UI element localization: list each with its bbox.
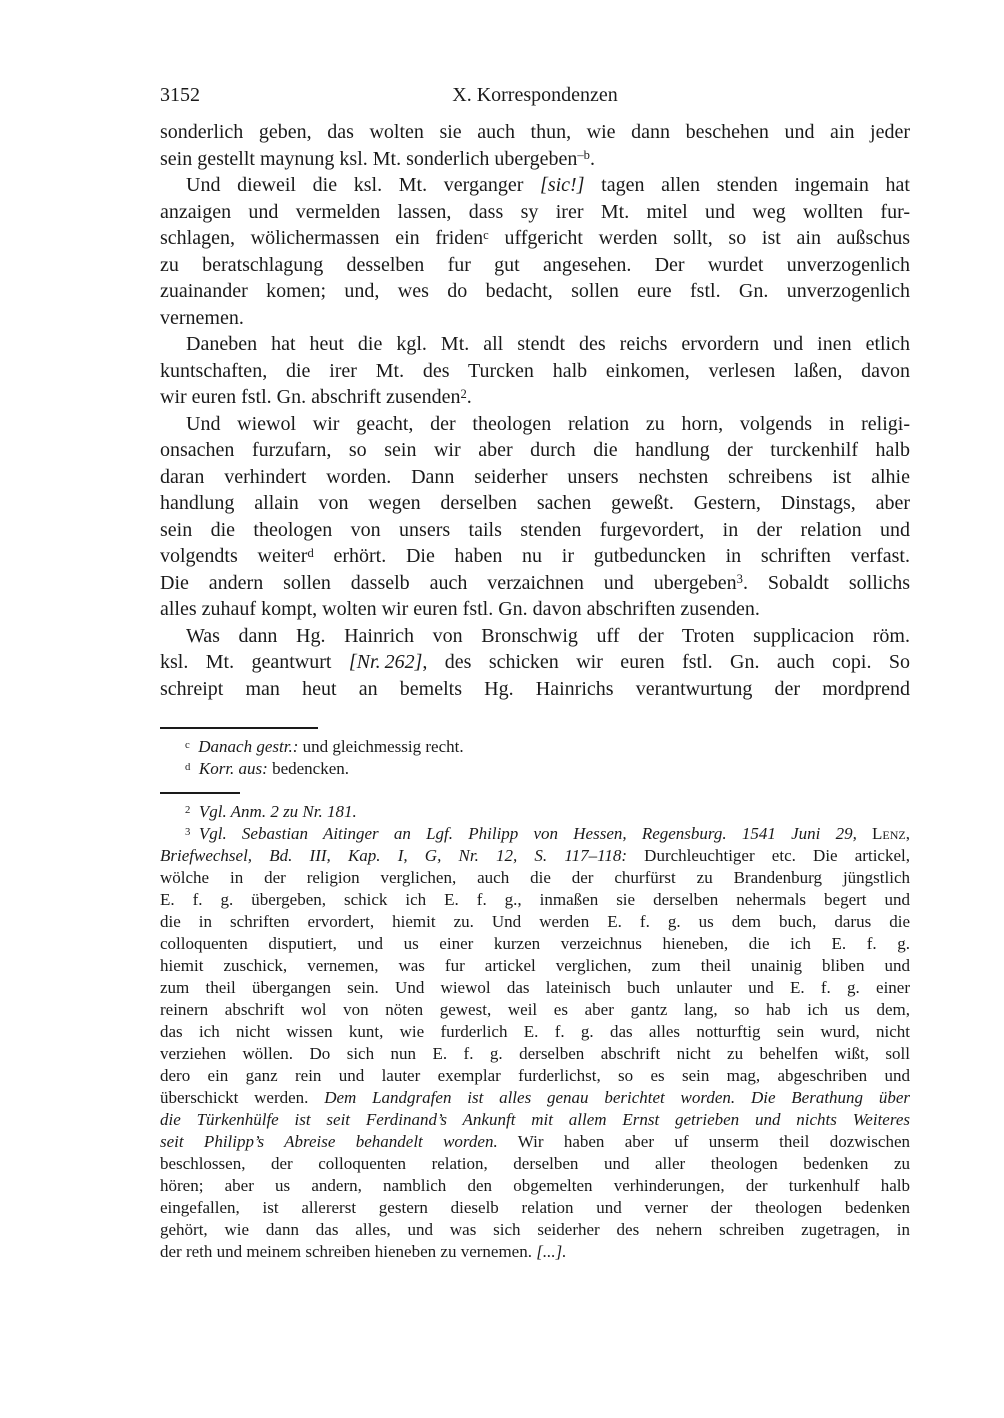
text-run: und gleichmessig recht.: [298, 737, 463, 756]
text-run: Die andern sollen dasselb auch verzaichn…: [160, 572, 737, 594]
text-run: daran verhindert worden. Dann seiderher …: [160, 466, 910, 488]
text-line: schlagen, wölichermassen ein fridenc uff…: [160, 225, 910, 252]
text-run: colloquenten disputiert, und us einer ku…: [160, 934, 910, 953]
text-line: Die andern sollen dasselb auch verzaichn…: [160, 570, 910, 597]
text-run: Was dann Hg. Hainrich von Bronschwig uff…: [186, 625, 910, 647]
text-line: c Danach gestr.: und gleichmessig recht.: [160, 736, 910, 758]
paragraph: c Danach gestr.: und gleichmessig recht.: [160, 736, 910, 758]
text-run: zum theil übergangen sein. Und wiewol da…: [160, 978, 910, 997]
text-line: die in schriften ervordert, hiemit zu. U…: [160, 911, 910, 933]
text-run: [sic!]: [540, 174, 584, 196]
text-run: das ich nicht wissen kunt, wie furderlic…: [160, 1022, 910, 1041]
numbered-footnotes: 2 Vgl. Anm. 2 zu Nr. 181.3 Vgl. Sebastia…: [160, 801, 910, 1263]
text-run: onsachen furzufarn, so sein wir aber dur…: [160, 439, 910, 461]
page-header: 3152 X. Korrespondenzen: [160, 83, 910, 107]
superscript-ref: –b: [577, 148, 590, 162]
text-run: tagen allen stenden ingemain hat: [585, 174, 911, 196]
text-run: E. f. g. übergeben, schick ich E. f. g.,…: [160, 890, 910, 909]
text-line: Und dieweil die ksl. Mt. verganger [sic!…: [160, 172, 910, 199]
text-line: d Korr. aus: bedencken.: [160, 758, 910, 780]
text-run: hiemit zuschick, vernemen, was fur artic…: [160, 956, 910, 975]
text-line: kuntschaften, die irer Mt. des Turcken h…: [160, 358, 910, 385]
text-line: colloquenten disputiert, und us einer ku…: [160, 933, 910, 955]
text-line: Und wiewol wir geacht, der theologen rel…: [160, 411, 910, 438]
text-line: seit Philipp’s Abreise behandelt worden.…: [160, 1131, 910, 1153]
text-run: .: [467, 386, 472, 408]
text-line: hören; aber us andern, namblich den obge…: [160, 1175, 910, 1197]
text-run: [857, 824, 872, 843]
text-run: Briefwechsel, Bd. III, Kap. I, G, Nr. 12…: [160, 846, 627, 865]
text-run: .: [590, 148, 595, 170]
text-run: [...].: [536, 1242, 566, 1261]
text-line: überschickt werden. Dem Landgrafen ist a…: [160, 1087, 910, 1109]
superscript-ref: d: [185, 761, 190, 773]
footnote-separator-letters: [160, 727, 318, 729]
text-run: eingefallen, ist allererst gestern diese…: [160, 1198, 910, 1217]
text-line: zu beratschlagung desselben fur gut ange…: [160, 252, 910, 279]
text-line: handlung allain von wegen derselben sach…: [160, 490, 910, 517]
text-run: Lenz: [872, 824, 906, 843]
text-run: volgendts weiter: [160, 545, 307, 567]
text-line: reinern abschrift wol von nöten gewest, …: [160, 999, 910, 1021]
text-line: anzaigen und vermelden lassen, dass sy i…: [160, 199, 910, 226]
text-run: kuntschaften, die irer Mt. des Turcken h…: [160, 360, 910, 382]
text-run: anzaigen und vermelden lassen, dass sy i…: [160, 201, 910, 223]
superscript-ref: 2: [185, 804, 190, 816]
text-line: Daneben hat heut die kgl. Mt. all stendt…: [160, 331, 910, 358]
text-run: [190, 737, 199, 756]
text-run: schlagen, wölichermassen ein friden: [160, 227, 483, 249]
text-run: ksl. Mt. geantwurt: [160, 651, 349, 673]
text-line: gehört, wie dann das alles, und was sich…: [160, 1219, 910, 1241]
text-run: dero ein ganz rein und lauter exemplar f…: [160, 1066, 910, 1085]
text-run: gehört, wie dann das alles, und was sich…: [160, 1220, 910, 1239]
text-line: daran verhindert worden. Dann seiderher …: [160, 464, 910, 491]
text-run: [190, 824, 199, 843]
text-run: Daneben hat heut die kgl. Mt. all stendt…: [186, 333, 910, 355]
text-run: Und dieweil die ksl. Mt. verganger: [186, 174, 540, 196]
text-run: zu beratschlagung desselben fur gut ange…: [160, 254, 910, 276]
text-line: 3 Vgl. Sebastian Aitinger an Lgf. Philip…: [160, 823, 910, 845]
text-line: verziehen wöllen. Do sich nun E. f. g. d…: [160, 1043, 910, 1065]
text-run: handlung allain von wegen derselben sach…: [160, 492, 910, 514]
text-run: [190, 802, 199, 821]
text-line: onsachen furzufarn, so sein wir aber dur…: [160, 437, 910, 464]
text-run: Vgl. Sebastian Aitinger an Lgf. Philipp …: [199, 824, 857, 843]
text-line: ksl. Mt. geantwurt [Nr. 262], des schick…: [160, 649, 910, 676]
text-run: überschickt werden.: [160, 1088, 324, 1107]
superscript-ref: d: [307, 546, 313, 560]
text-run: Vgl. Anm. 2 zu Nr. 181.: [199, 802, 357, 821]
text-run: hören; aber us andern, namblich den obge…: [160, 1176, 910, 1195]
text-line: beschlossen, der colloquenten relation, …: [160, 1153, 910, 1175]
text-line: hiemit zuschick, vernemen, was fur artic…: [160, 955, 910, 977]
text-run: Korr. aus:: [199, 759, 268, 778]
text-line: alles zuhauf kompt, wolten wir euren fst…: [160, 596, 910, 623]
text-run: Wir haben aber uf unserm theil dozwische…: [498, 1132, 910, 1151]
text-run: sein die theologen von unsers tails sten…: [160, 519, 910, 541]
text-run: reinern abschrift wol von nöten gewest, …: [160, 1000, 910, 1019]
text-run: seit Philipp’s Abreise behandelt worden.: [160, 1132, 498, 1151]
paragraph: 2 Vgl. Anm. 2 zu Nr. 181.: [160, 801, 910, 823]
text-line: Was dann Hg. Hainrich von Bronschwig uff…: [160, 623, 910, 650]
text-run: wir euren fstl. Gn. abschrift zusenden: [160, 386, 460, 408]
text-line: sonderlich geben, das wolten sie auch th…: [160, 119, 910, 146]
text-line: dero ein ganz rein und lauter exemplar f…: [160, 1065, 910, 1087]
text-run: der reth und meinem schreiben hieneben z…: [160, 1242, 536, 1261]
text-line: E. f. g. übergeben, schick ich E. f. g.,…: [160, 889, 910, 911]
paragraph: Und wiewol wir geacht, der theologen rel…: [160, 411, 910, 623]
text-line: wir euren fstl. Gn. abschrift zusenden2.: [160, 384, 910, 411]
text-run: zuainander komen; und, wes do bedacht, s…: [160, 280, 910, 302]
text-line: vernemen.: [160, 305, 910, 332]
text-run: schreipt man heut an bemelts Hg. Hainric…: [160, 678, 910, 700]
text-run: wölche in der religion verglichen, auch …: [160, 868, 910, 887]
text-line: sein die theologen von unsers tails sten…: [160, 517, 910, 544]
footnotes-section: c Danach gestr.: und gleichmessig recht.…: [160, 727, 910, 1263]
text-line: der reth und meinem schreiben hieneben z…: [160, 1241, 910, 1263]
text-line: die Türkenhülfe ist seit Ferdinand’s Ank…: [160, 1109, 910, 1131]
text-run: Und wiewol wir geacht, der theologen rel…: [186, 413, 910, 435]
page-number: 3152: [160, 83, 200, 107]
text-line: sein gestellt maynung ksl. Mt. sonderlic…: [160, 146, 910, 173]
superscript-ref: c: [185, 739, 190, 751]
text-line: schreipt man heut an bemelts Hg. Hainric…: [160, 676, 910, 703]
running-title: X. Korrespondenzen: [160, 83, 910, 107]
text-line: wölche in der religion verglichen, auch …: [160, 867, 910, 889]
text-run: die Türkenhülfe ist seit Ferdinand’s Ank…: [160, 1110, 910, 1129]
paragraph: sonderlich geben, das wolten sie auch th…: [160, 119, 910, 172]
text-run: sein gestellt maynung ksl. Mt. sonderlic…: [160, 148, 577, 170]
text-run: ,: [906, 824, 910, 843]
text-line: Briefwechsel, Bd. III, Kap. I, G, Nr. 12…: [160, 845, 910, 867]
superscript-ref: 3: [185, 826, 190, 838]
text-line: das ich nicht wissen kunt, wie furderlic…: [160, 1021, 910, 1043]
text-run: erhört. Die haben nu ir gutbeduncken in …: [314, 545, 910, 567]
text-run: die in schriften ervordert, hiemit zu. U…: [160, 912, 910, 931]
text-line: zum theil übergangen sein. Und wiewol da…: [160, 977, 910, 999]
text-run: [190, 759, 199, 778]
text-run: sonderlich geben, das wolten sie auch th…: [160, 121, 910, 143]
text-run: Durchleuchtiger etc. Die artickel,: [627, 846, 910, 865]
text-run: alles zuhauf kompt, wolten wir euren fst…: [160, 598, 760, 620]
paragraph: 3 Vgl. Sebastian Aitinger an Lgf. Philip…: [160, 823, 910, 1263]
paragraph: Und dieweil die ksl. Mt. verganger [sic!…: [160, 172, 910, 331]
paragraph: d Korr. aus: bedencken.: [160, 758, 910, 780]
text-run: verziehen wöllen. Do sich nun E. f. g. d…: [160, 1044, 910, 1063]
paragraph: Was dann Hg. Hainrich von Bronschwig uff…: [160, 623, 910, 703]
text-line: eingefallen, ist allererst gestern diese…: [160, 1197, 910, 1219]
book-page: 3152 X. Korrespondenzen sonderlich geben…: [0, 0, 1004, 1418]
text-run: uffgericht werden sollt, so ist ain außs…: [489, 227, 910, 249]
superscript-ref: c: [483, 228, 489, 242]
text-run: bedencken.: [268, 759, 349, 778]
text-line: zuainander komen; und, wes do bedacht, s…: [160, 278, 910, 305]
body-text: sonderlich geben, das wolten sie auch th…: [160, 119, 910, 702]
text-run: Danach gestr.:: [198, 737, 298, 756]
footnote-separator-numbered: [160, 792, 240, 794]
text-run: Dem Landgrafen ist alles genau berichtet…: [324, 1088, 910, 1107]
superscript-ref: 2: [460, 387, 466, 401]
text-run: , des schicken wir euren fstl. Gn. auch …: [422, 651, 910, 673]
text-run: . Sobaldt sollichs: [743, 572, 910, 594]
letter-footnotes: c Danach gestr.: und gleichmessig recht.…: [160, 736, 910, 780]
text-run: [Nr. 262]: [349, 651, 422, 673]
text-run: vernemen.: [160, 307, 244, 329]
text-line: 2 Vgl. Anm. 2 zu Nr. 181.: [160, 801, 910, 823]
text-run: beschlossen, der colloquenten relation, …: [160, 1154, 910, 1173]
paragraph: Daneben hat heut die kgl. Mt. all stendt…: [160, 331, 910, 411]
superscript-ref: 3: [737, 572, 743, 586]
text-line: volgendts weiterd erhört. Die haben nu i…: [160, 543, 910, 570]
